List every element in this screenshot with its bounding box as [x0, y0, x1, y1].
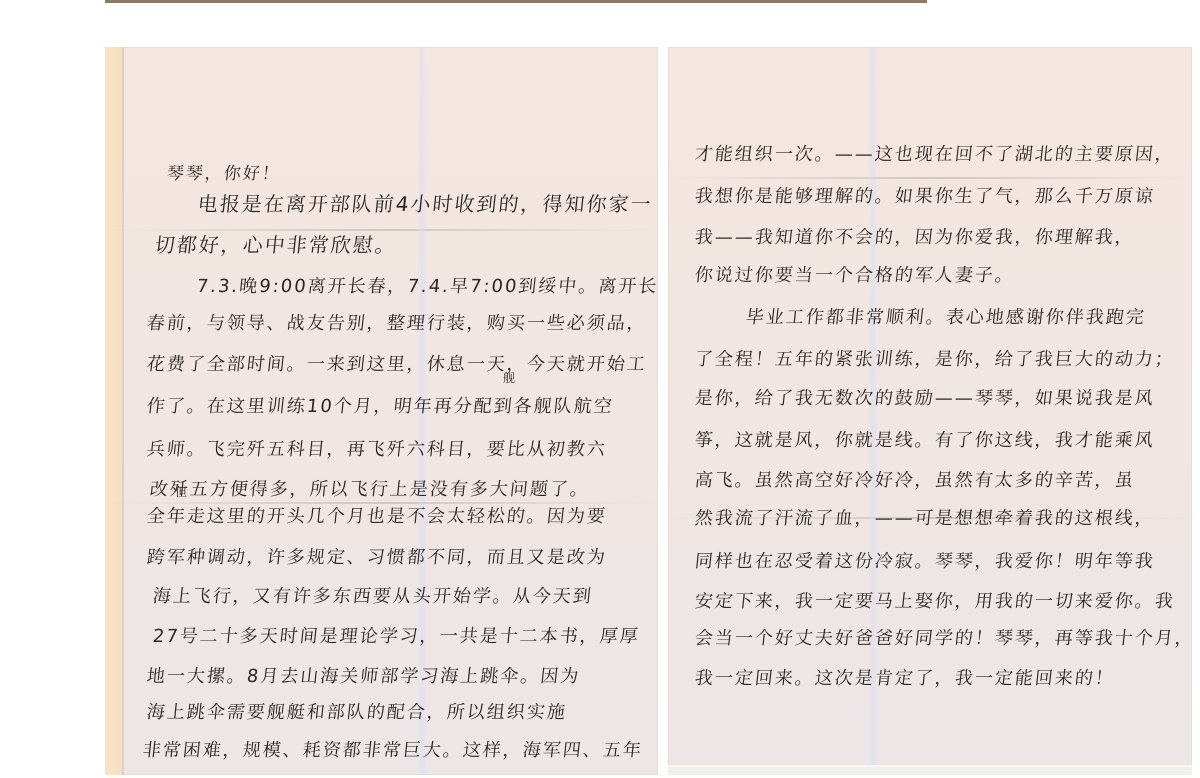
letter-line: 切都好，心中非常欣慰。 [153, 229, 398, 258]
letter-line: 27号二十多天时间是理论学习，一共是十二本书，厚厚 [152, 622, 642, 648]
letter-line: 高飞。虽然高空好冷好冷，虽然有太多的辛苦，虽 [694, 466, 1137, 492]
letter-line: 7.3.晚9:00离开长春，7.4.早7:00到绥中。离开长 [196, 272, 660, 298]
letter-line: 地一大摞。8月去山海关师部学习海上跳伞。因为 [146, 662, 582, 688]
letter-line: 是你，给了我无数次的鼓励——琴琴，如果说我是风 [694, 384, 1157, 410]
letter-line: 才能组织一次。——这也现在回不了湖北的主要原因， [694, 140, 1177, 166]
letter-line: 毕业工作都非常顺利。表心地感谢你伴我跑完 [745, 303, 1148, 329]
handwritten-insertion: 但 [175, 483, 187, 500]
letter-line: 改歼五方便得多，所以飞行上是没有多大问题了。 [149, 475, 592, 501]
letter-line: 了全程！五年的紧张训练，是你，给了我巨大的动力； [694, 345, 1177, 371]
paper-fold-line [668, 177, 1192, 179]
letter-line: 非常困难，规模、耗资都非常巨大。这样，海军四、五年 [142, 736, 645, 762]
letter-line: 跨军种调动，许多规定、习惯都不同，而且又是改为 [146, 543, 609, 569]
letter-line: 然我流了汗流了血，——可是想想牵着我的这根线， [694, 504, 1157, 530]
letter-line: 我一定回来。这次是肯定了，我一定能回来的！ [694, 664, 1117, 690]
letter-line: 我想你是能够理解的。如果你生了气，那么千万原谅 [694, 182, 1157, 208]
letter-page-right: 才能组织一次。——这也现在回不了湖北的主要原因， 我想你是能够理解的。如果你生了… [668, 47, 1192, 775]
letter-line: 我——我知道你不会的，因为你爱我，你理解我， [694, 223, 1137, 249]
letter-line: 筝，这就是风，你就是线。有了你这线，我才能乘风 [694, 426, 1157, 452]
letter-line: 兵师。飞完歼五科目，再飞歼六科目，要比从初教六 [146, 435, 609, 461]
letter-line: 春前，与领导、战友告别，整理行装，购买一些必须品， [146, 309, 649, 335]
letter-salutation: 琴琴，你好！ [166, 159, 283, 184]
letter-line: 海上跳伞需要舰艇和部队的配合，所以组织实施 [146, 698, 569, 724]
letter-line: 作了。在这里训练10个月，明年再分配到各舰队航空 [146, 392, 616, 418]
letter-line: 电报是在离开部队前4小时收到的，得知你家一 [196, 188, 654, 217]
letter-line: 同样也在忍受着这份冷寂。琴琴，我爱你！明年等我 [694, 547, 1157, 573]
letter-line: 你说过你要当一个合格的军人妻子。 [694, 261, 1017, 287]
letter-line: 会当一个好丈夫好爸爸好同学的！琴琴，再等我十个月， [694, 624, 1197, 650]
letter-line: 花费了全部时间。一来到这里，休息一天，今天就开始工 [146, 350, 649, 376]
frame-top-bar [105, 0, 927, 3]
letter-line: 海上飞行，又有许多东西要从头开始学。从今天到 [152, 582, 595, 608]
handwritten-insertion: 舰 [503, 369, 515, 386]
letter-line: 安定下来，我一定要马上娶你，用我的一切来爱你。我 [694, 587, 1177, 613]
letter-line: 全年走这里的开头几个月也是不会太轻松的。因为要 [146, 502, 609, 528]
letter-page-left: 琴琴，你好！ 电报是在离开部队前4小时收到的，得知你家一 切都好，心中非常欣慰。… [105, 47, 658, 775]
